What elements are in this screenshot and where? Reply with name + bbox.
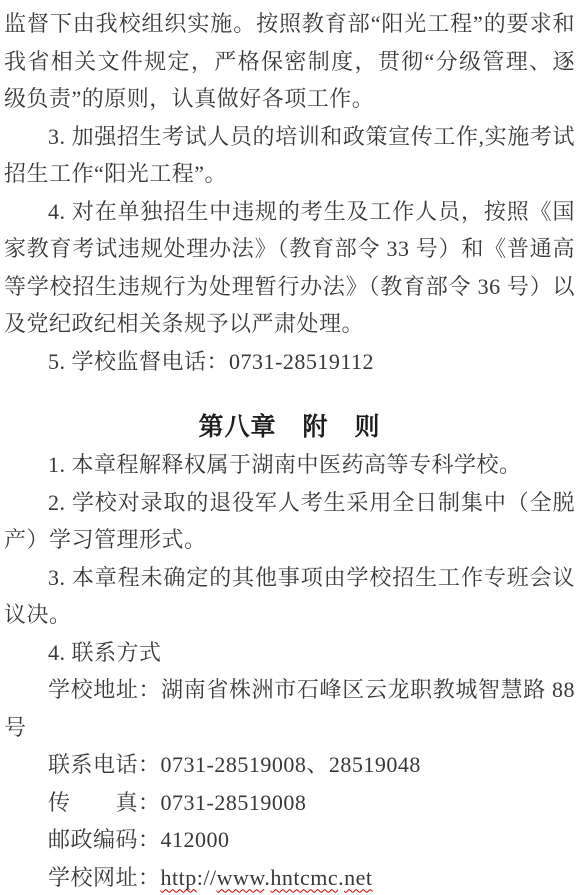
paragraph-item-5-supervision-phone: 5. 学校监督电话：0731-28519112 <box>4 343 575 381</box>
website-url-segment: www <box>217 865 265 890</box>
website-url-segment: hntcmc <box>270 865 338 890</box>
paragraph-item-3: 3. 加强招生考试人员的培训和政策宣传工作,实施考试招生工作“阳光工程”。 <box>4 118 575 193</box>
chapter-item-1-interpretation: 1. 本章程解释权属于湖南中医药高等专科学校。 <box>4 446 575 484</box>
contact-postcode-line: 邮政编码：412000 <box>4 821 575 859</box>
contact-fax-line: 传 真：0731-28519008 <box>4 784 575 822</box>
chapter-item-2-veteran-students: 2. 学校对录取的退役军人考生采用全日制集中（全脱产）学习管理形式。 <box>4 484 575 559</box>
chapter-item-3-other-matters: 3. 本章程未确定的其他事项由学校招生工作专班会议议决。 <box>4 559 575 634</box>
contact-phone-line: 联系电话：0731-28519008、28519048 <box>4 746 575 784</box>
contact-website-line: 学校网址：http://www.hntcmc.net <box>4 859 575 895</box>
website-url-segment: net <box>344 865 372 890</box>
chapter-item-4-contact-info: 4. 联系方式 <box>4 634 575 672</box>
chapter-heading: 第八章 附 则 <box>4 408 575 446</box>
paragraph-continuation: 监督下由我校组织实施。按照教育部“阳光工程”的要求和我省相关文件规定，严格保密制… <box>4 5 575 118</box>
paragraph-item-4: 4. 对在单独招生中违规的考生及工作人员，按照《国家教育考试违规处理办法》（教育… <box>4 193 575 343</box>
website-url-segment: http <box>161 865 197 890</box>
website-label: 学校网址： <box>48 865 161 890</box>
document-page: 监督下由我校组织实施。按照教育部“阳光工程”的要求和我省相关文件规定，严格保密制… <box>0 0 581 895</box>
website-url-segment: :// <box>197 865 217 890</box>
contact-address-line: 学校地址：湖南省株洲市石峰区云龙职教城智慧路 88 号 <box>4 671 575 746</box>
